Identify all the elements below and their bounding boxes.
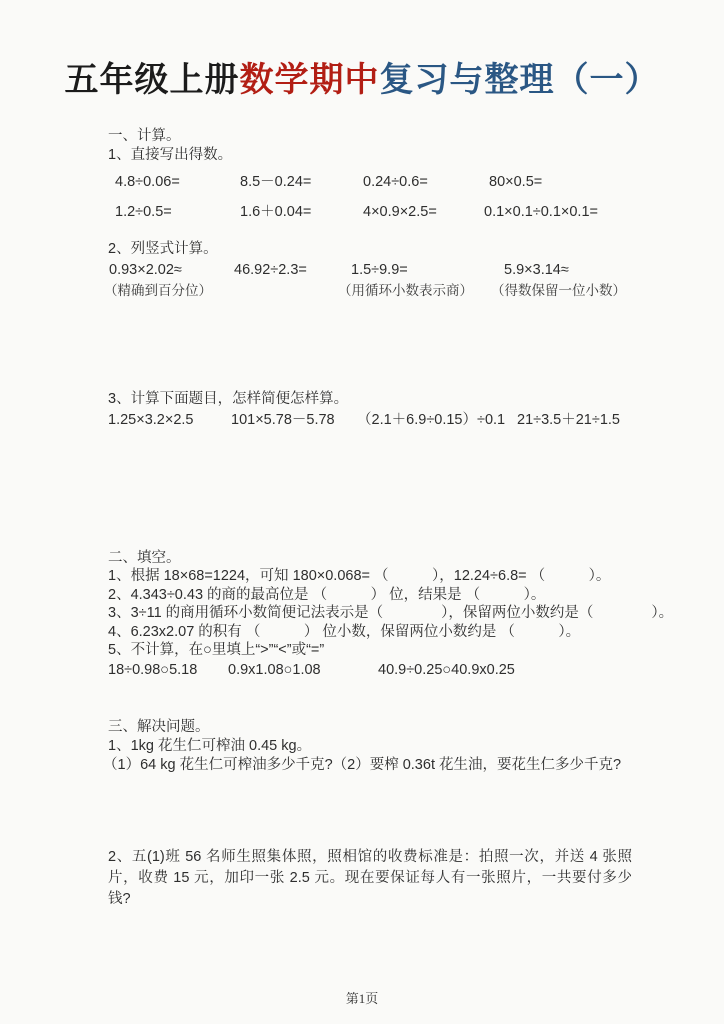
vertical-problem-hint: （得数保留一位小数） [491, 281, 626, 300]
page-title: 五年级上册数学期中复习与整理（一） [0, 52, 724, 101]
title-review-part: 复习与整理（一） [380, 62, 660, 99]
direct-calc-heading: 1、直接写出得数。 [108, 146, 232, 165]
simplify-problem: 1.25×3.2×2.5 [108, 411, 193, 430]
word-problem-1-intro: 1、1kg 花生仁可榨油 0.45 kg。 [108, 737, 311, 756]
direct-problem: 1.6＋0.04= [240, 203, 311, 222]
vertical-problem-hint: （精确到百分位） [104, 281, 212, 300]
section-three-heading: 三、解决问题。 [108, 718, 210, 737]
direct-problem: 8.5－0.24= [240, 173, 311, 192]
section-two-heading: 二、填空。 [108, 549, 181, 568]
vertical-problem: 0.93×2.02≈ [109, 261, 182, 280]
worksheet-page: 五年级上册数学期中复习与整理（一） 一、计算。 1、直接写出得数。 4.8÷0.… [0, 0, 724, 1024]
direct-problem: 4.8÷0.06= [115, 173, 180, 192]
title-grade-part: 五年级上册 [65, 62, 240, 99]
vertical-calc-heading: 2、列竖式计算。 [108, 240, 218, 259]
comparison-problem: 0.9x1.08○1.08 [228, 661, 321, 680]
direct-problem: 80×0.5= [489, 173, 542, 192]
direct-problem: 4×0.9×2.5= [363, 203, 437, 222]
fill-blank-item: 4、6.23x2.07 的积有 （ ） 位小数，保留两位小数约是 （ ）。 [108, 623, 580, 642]
simplify-problem: 101×5.78－5.78 [231, 411, 335, 430]
vertical-problem: 46.92÷2.3= [234, 261, 307, 280]
simplify-problem: （2.1＋6.9÷0.15）÷0.1 [357, 411, 505, 430]
comparison-problem: 18÷0.98○5.18 [108, 661, 197, 680]
fill-blank-item: 2、4.343÷0.43 的商的最高位是 （ ） 位，结果是 （ ）。 [108, 586, 545, 605]
page-number: 第1页 [0, 988, 724, 1007]
word-problem-1-questions: （1）64 kg 花生仁可榨油多少千克?（2）要榨 0.36t 花生油，要花生仁… [103, 756, 621, 775]
direct-problem: 0.1×0.1÷0.1×0.1= [484, 203, 598, 222]
section-one-heading: 一、计算。 [108, 127, 181, 146]
direct-problem: 0.24÷0.6= [363, 173, 428, 192]
simplify-problem: 21÷3.5＋21÷1.5 [517, 411, 620, 430]
fill-blank-item: 5、不计算，在○里填上“>”“<”或“=” [108, 641, 324, 660]
vertical-problem-hint: （用循环小数表示商） [338, 281, 473, 300]
direct-problem: 1.2÷0.5= [115, 203, 172, 222]
title-subject-part: 数学期中 [240, 62, 380, 99]
fill-blank-item: 3、3÷11 的商用循环小数简便记法表示是（ ），保留两位小数约是（ ）。 [108, 604, 673, 623]
fill-blank-item: 1、根据 18×68=1224，可知 180×0.068= （ ），12.24÷… [108, 567, 610, 586]
vertical-problem: 1.5÷9.9= [351, 261, 408, 280]
vertical-problem: 5.9×3.14≈ [504, 261, 569, 280]
comparison-problem: 40.9÷0.25○40.9x0.25 [378, 661, 515, 680]
simplify-calc-heading: 3、计算下面题目，怎样简便怎样算。 [108, 390, 348, 409]
word-problem-2: 2、五(1)班 56 名师生照集体照，照相馆的收费标准是：拍照一次，并送 4 张… [108, 847, 632, 910]
